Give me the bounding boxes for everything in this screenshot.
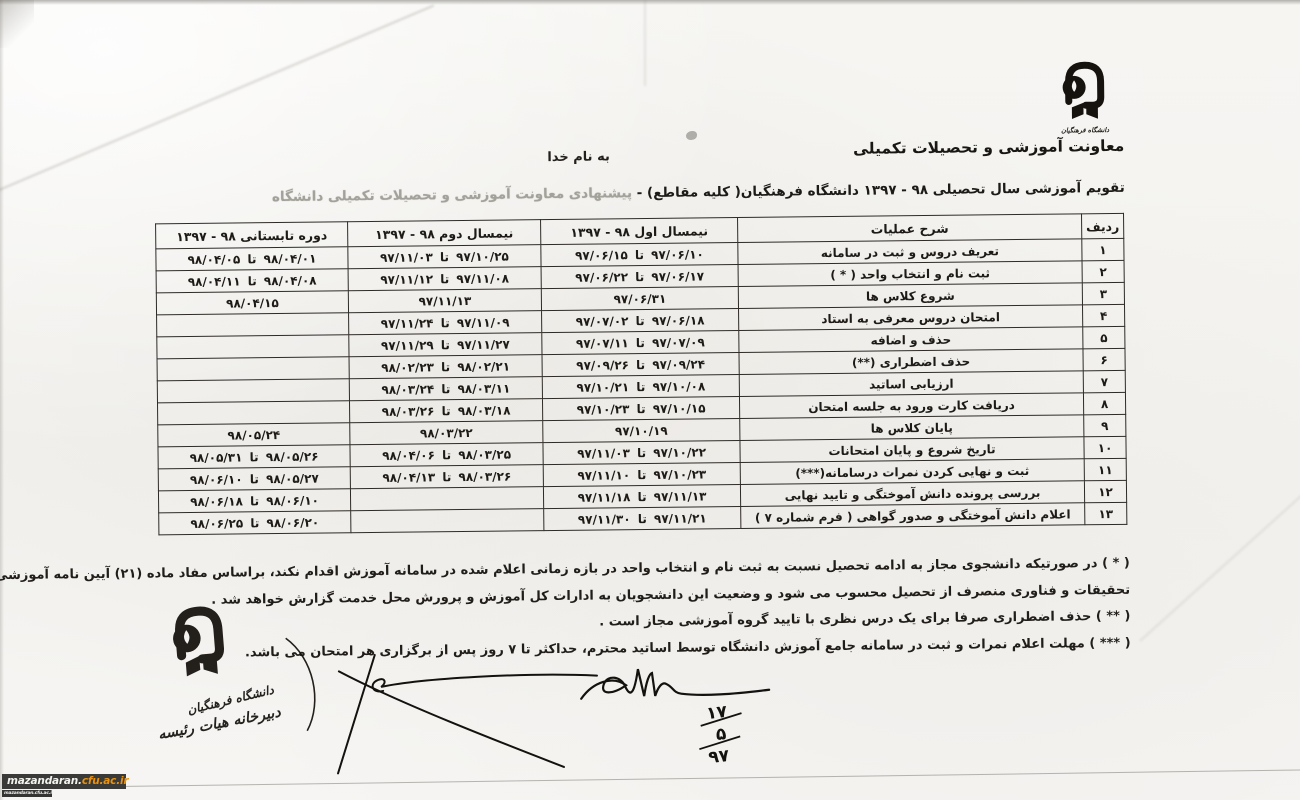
document-title: تقویم آموزشی سال تحصیلی ۹۸ - ۱۳۹۷ دانشگا… xyxy=(125,180,1125,207)
academic-calendar-table: ردیف شرح عملیات نیمسال اول ۹۸ - ۱۳۹۷ نیم… xyxy=(155,213,1127,535)
summer-date-cell: ۹۸/۰۴/۱۵ xyxy=(156,291,348,315)
row-number-cell: ۱۰ xyxy=(1084,436,1126,458)
sem1-date-cell: ۹۷/۱۰/۰۸ تا ۹۷/۱۰/۲۱ xyxy=(542,375,739,399)
handwritten-date: ۱۷ ۵ ۹۷ xyxy=(693,697,755,767)
besmele-text: به نام خدا xyxy=(547,149,610,165)
summer-date-cell: ۹۸/۰۵/۲۴ xyxy=(158,423,350,447)
header-semester1: نیمسال اول ۹۸ - ۱۳۹۷ xyxy=(541,218,738,245)
sem2-date-cell xyxy=(350,487,543,511)
sem1-date-cell: ۹۷/۰۶/۳۱ xyxy=(541,287,738,311)
sem2-date-cell: ۹۸/۰۳/۲۲ xyxy=(350,421,543,445)
row-number-cell: ۳ xyxy=(1082,282,1124,304)
sem2-date-cell: ۹۷/۱۱/۰۸ تا ۹۷/۱۱/۱۲ xyxy=(348,267,541,291)
summer-date-cell: ۹۸/۰۴/۰۸ تا ۹۸/۰۴/۱۱ xyxy=(156,269,348,293)
university-emblem-icon xyxy=(1054,55,1115,122)
row-number-cell: ۱۳ xyxy=(1085,502,1127,524)
sem2-date-cell: ۹۸/۰۳/۲۶ تا ۹۸/۰۴/۱۳ xyxy=(350,465,543,489)
row-number-cell: ۶ xyxy=(1083,348,1125,370)
operation-cell: اعلام دانش آموختگی و صدور گواهی ( فرم شم… xyxy=(741,503,1085,529)
sem2-date-cell: ۹۷/۱۱/۱۳ xyxy=(348,289,541,313)
row-number-cell: ۵ xyxy=(1083,326,1125,348)
header-operation: شرح عملیات xyxy=(738,214,1082,243)
row-number-cell: ۸ xyxy=(1083,392,1125,414)
sem1-date-cell: ۹۷/۱۰/۱۹ xyxy=(543,419,740,443)
university-logo: دانشگاه فرهنگیان xyxy=(1052,55,1117,135)
sem2-date-cell: ۹۷/۱۰/۲۵ تا ۹۷/۱۱/۰۳ xyxy=(348,245,541,269)
row-number-cell: ۲ xyxy=(1082,260,1124,282)
sem1-date-cell: ۹۷/۱۰/۲۲ تا ۹۷/۱۱/۰۳ xyxy=(543,441,740,465)
summer-date-cell xyxy=(157,357,349,381)
summer-date-cell xyxy=(158,401,350,425)
sem1-date-cell: ۹۷/۰۹/۲۴ تا ۹۷/۰۹/۲۶ xyxy=(542,353,739,377)
sem1-date-cell: ۹۷/۰۶/۱۸ تا ۹۷/۰۷/۰۲ xyxy=(542,309,739,333)
secretariat-stamp: دانشگاه فرهنگیان دبیرخانه هیات رئیسه xyxy=(132,589,335,774)
sem2-date-cell: ۹۸/۰۳/۱۸ تا ۹۸/۰۳/۲۶ xyxy=(349,399,542,423)
row-number-cell: ۱ xyxy=(1082,238,1124,260)
sem1-date-cell: ۹۷/۰۶/۱۰ تا ۹۷/۰۶/۱۵ xyxy=(541,243,738,267)
watermark-prefix: mazandaran. xyxy=(7,775,82,787)
sem1-date-cell: ۹۷/۱۰/۱۵ تا ۹۷/۱۰/۲۳ xyxy=(542,397,739,421)
row-number-cell: ۷ xyxy=(1083,370,1125,392)
summer-date-cell: ۹۸/۰۵/۲۶ تا ۹۸/۰۵/۳۱ xyxy=(158,445,350,469)
sem2-date-cell: ۹۸/۰۳/۱۱ تا ۹۸/۰۳/۲۴ xyxy=(349,377,542,401)
calendar-table-body: ۱تعریف دروس و ثبت در سامانه۹۷/۰۶/۱۰ تا ۹… xyxy=(156,238,1127,534)
sem2-date-cell: ۹۷/۱۱/۲۷ تا ۹۷/۱۱/۲۹ xyxy=(349,333,542,357)
site-watermark-small: mazandaran.cfu.ac.ir xyxy=(2,790,52,797)
watermark-small-text: mazandaran.cfu.ac.ir xyxy=(4,791,54,796)
department-title: معاونت آموزشی و تحصیلات تکمیلی xyxy=(853,137,1124,158)
stamp-emblem-icon xyxy=(154,596,244,682)
sem1-date-cell: ۹۷/۱۱/۲۱ تا ۹۷/۱۱/۳۰ xyxy=(544,507,741,531)
header-semester2: نیمسال دوم ۹۸ - ۱۳۹۷ xyxy=(348,220,541,247)
watermark-suffix: cfu.ac.ir xyxy=(82,775,129,787)
summer-date-cell xyxy=(157,335,349,359)
stamp-flourish xyxy=(254,618,323,742)
sem2-date-cell: ۹۸/۰۳/۲۵ تا ۹۸/۰۴/۰۶ xyxy=(350,443,543,467)
row-number-cell: ۱۱ xyxy=(1084,458,1126,480)
row-number-cell: ۴ xyxy=(1082,304,1124,326)
sem1-date-cell: ۹۷/۰۷/۰۹ تا ۹۷/۰۷/۱۱ xyxy=(542,331,739,355)
document-title-main: تقویم آموزشی سال تحصیلی ۹۸ - ۱۳۹۷ دانشگا… xyxy=(637,180,1125,201)
logo-caption: دانشگاه فرهنگیان xyxy=(1053,126,1117,135)
summer-date-cell xyxy=(157,313,349,337)
document-content: دانشگاه فرهنگیان معاونت آموزشی و تحصیلات… xyxy=(0,0,1300,800)
site-watermark: mazandaran.cfu.ac.ir xyxy=(2,774,126,789)
sem2-date-cell: ۹۷/۱۱/۰۹ تا ۹۷/۱۱/۲۴ xyxy=(349,311,542,335)
summer-date-cell: ۹۸/۰۵/۲۷ تا ۹۸/۰۶/۱۰ xyxy=(158,467,350,491)
summer-date-cell: ۹۸/۰۴/۰۱ تا ۹۸/۰۴/۰۵ xyxy=(156,247,348,271)
sem1-date-cell: ۹۷/۰۶/۱۷ تا ۹۷/۰۶/۲۲ xyxy=(541,265,738,289)
row-number-cell: ۱۲ xyxy=(1084,480,1126,502)
summer-date-cell: ۹۸/۰۶/۱۰ تا ۹۸/۰۶/۱۸ xyxy=(158,489,350,513)
sem2-date-cell xyxy=(351,509,544,533)
document-title-faded: پیشنهادی معاونت آموزشی و تحصیلات تکمیلی … xyxy=(272,185,632,205)
sem1-date-cell: ۹۷/۱۱/۱۳ تا ۹۷/۱۱/۱۸ xyxy=(543,485,740,509)
handwritten-year: ۹۷ xyxy=(707,746,731,767)
header-summer: دوره تابستانی ۹۸ - ۱۳۹۷ xyxy=(156,222,348,249)
summer-date-cell xyxy=(157,379,349,403)
header-row-number: ردیف xyxy=(1082,213,1124,238)
summer-date-cell: ۹۸/۰۶/۲۰ تا ۹۸/۰۶/۲۵ xyxy=(159,511,351,535)
sem2-date-cell: ۹۸/۰۲/۲۱ تا ۹۸/۰۲/۲۳ xyxy=(349,355,542,379)
row-number-cell: ۹ xyxy=(1084,414,1126,436)
sem1-date-cell: ۹۷/۱۰/۲۳ تا ۹۷/۱۱/۱۰ xyxy=(543,463,740,487)
